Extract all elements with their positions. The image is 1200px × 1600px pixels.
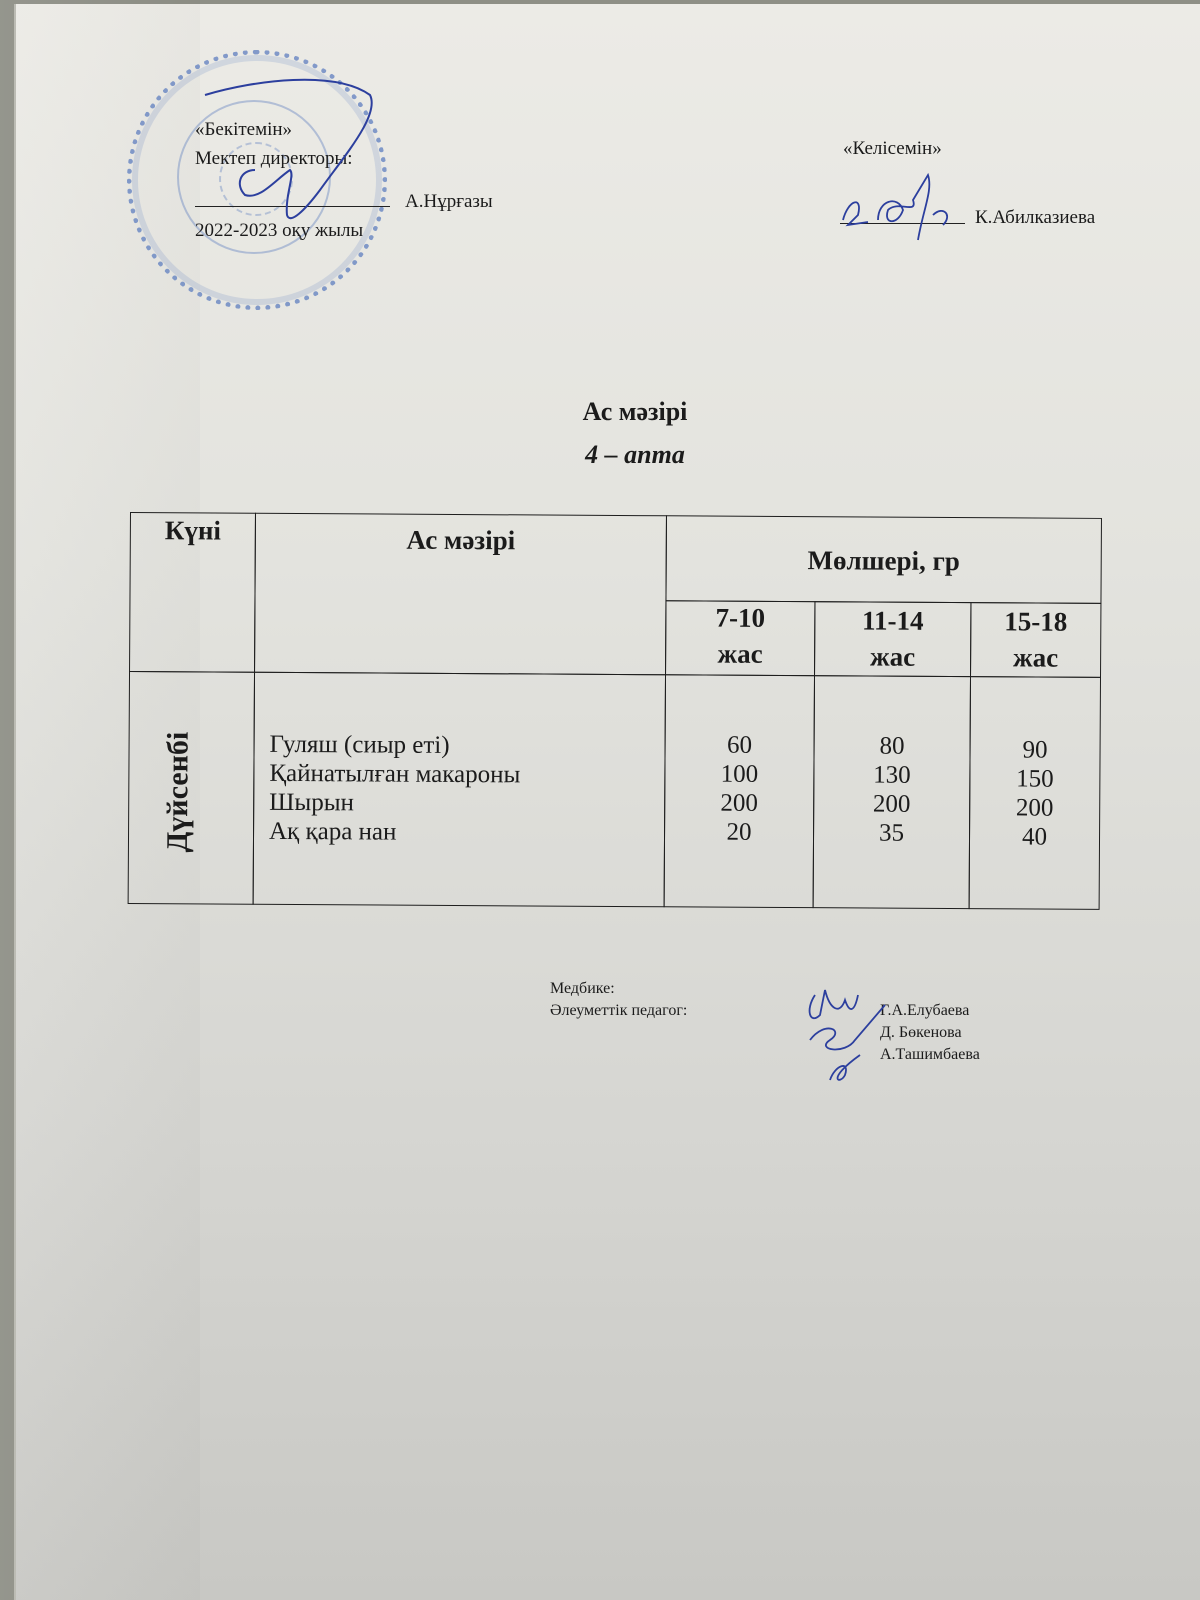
amount-value: 200 — [970, 793, 1099, 823]
amount-value: 90 — [970, 735, 1099, 765]
name-nurse: Г.А.Елубаева — [880, 1000, 980, 1022]
director-name: А.Нұрғазы — [405, 190, 493, 214]
menu-item: Қайнатылған макароны — [269, 759, 664, 790]
age-unit: жас — [971, 639, 1100, 676]
amount-value: 60 — [665, 730, 813, 760]
age-range: 11-14 — [815, 602, 970, 639]
amount-value: 200 — [665, 788, 813, 818]
role-social-pedagogue: Әлеуметтік педагог: — [550, 1000, 687, 1022]
header-amount: Мөлшері, гр — [667, 544, 1101, 578]
day-label: Дүйсенбі — [161, 732, 196, 853]
director-signature-icon — [195, 75, 385, 235]
menu-items-cell: Гуляш (сиыр еті) Қайнатылған макароны Шы… — [253, 672, 666, 908]
age-unit: жас — [815, 638, 970, 675]
header-menu-cell: Ас мәзірі — [254, 513, 667, 676]
age-group-cell: 7-10 жас — [665, 600, 815, 676]
amount-cell-11-14: 80 130 200 35 — [813, 675, 971, 909]
agreement-label: «Келісемін» — [843, 137, 942, 161]
amount-value: 20 — [665, 817, 813, 847]
menu-item: Ақ қара нан — [269, 817, 664, 848]
age-range: 7-10 — [666, 599, 814, 636]
age-range: 15-18 — [971, 603, 1100, 640]
header-menu: Ас мәзірі — [256, 524, 666, 558]
agreement-signature-icon — [838, 170, 968, 250]
amount-value: 80 — [814, 731, 969, 761]
amount-value: 100 — [665, 759, 813, 789]
header-day: Күні — [131, 515, 255, 547]
menu-item: Шырын — [269, 788, 664, 819]
age-group-cell: 15-18 жас — [970, 602, 1101, 678]
menu-item: Гуляш (сиыр еті) — [269, 730, 664, 761]
footer-names: Г.А.Елубаева Д. Бөкенова А.Ташимбаева — [880, 1000, 980, 1066]
week-subtitle: 4 – апта — [0, 440, 1200, 470]
amount-value: 35 — [814, 818, 969, 848]
header-day-cell: Күні — [129, 512, 256, 673]
header-amount-cell: Мөлшері, гр — [665, 515, 1102, 604]
age-unit: жас — [666, 635, 814, 672]
age-group-cell: 11-14 жас — [814, 601, 971, 677]
role-nurse: Медбике: — [550, 978, 687, 1000]
menu-table: Күні Ас мәзірі Мөлшері, гр 7-10 жас 11-1… — [127, 512, 1099, 930]
footer-roles: Медбике: Әлеуметтік педагог: — [550, 978, 687, 1022]
amount-value: 150 — [970, 764, 1099, 794]
amount-cell-15-18: 90 150 200 40 — [969, 676, 1101, 910]
footer-signatures-icon — [800, 985, 890, 1085]
name-pedagogue-1: Д. Бөкенова — [880, 1022, 980, 1044]
amount-value: 130 — [814, 760, 969, 790]
document-title: Ас мәзірі — [0, 397, 1200, 427]
name-pedagogue-2: А.Ташимбаева — [880, 1044, 980, 1066]
agreement-name: К.Абилказиева — [975, 206, 1095, 230]
amount-value: 40 — [970, 822, 1099, 852]
day-cell: Дүйсенбі — [128, 671, 255, 905]
amount-value: 200 — [814, 789, 969, 819]
amount-cell-7-10: 60 100 200 20 — [664, 674, 815, 908]
